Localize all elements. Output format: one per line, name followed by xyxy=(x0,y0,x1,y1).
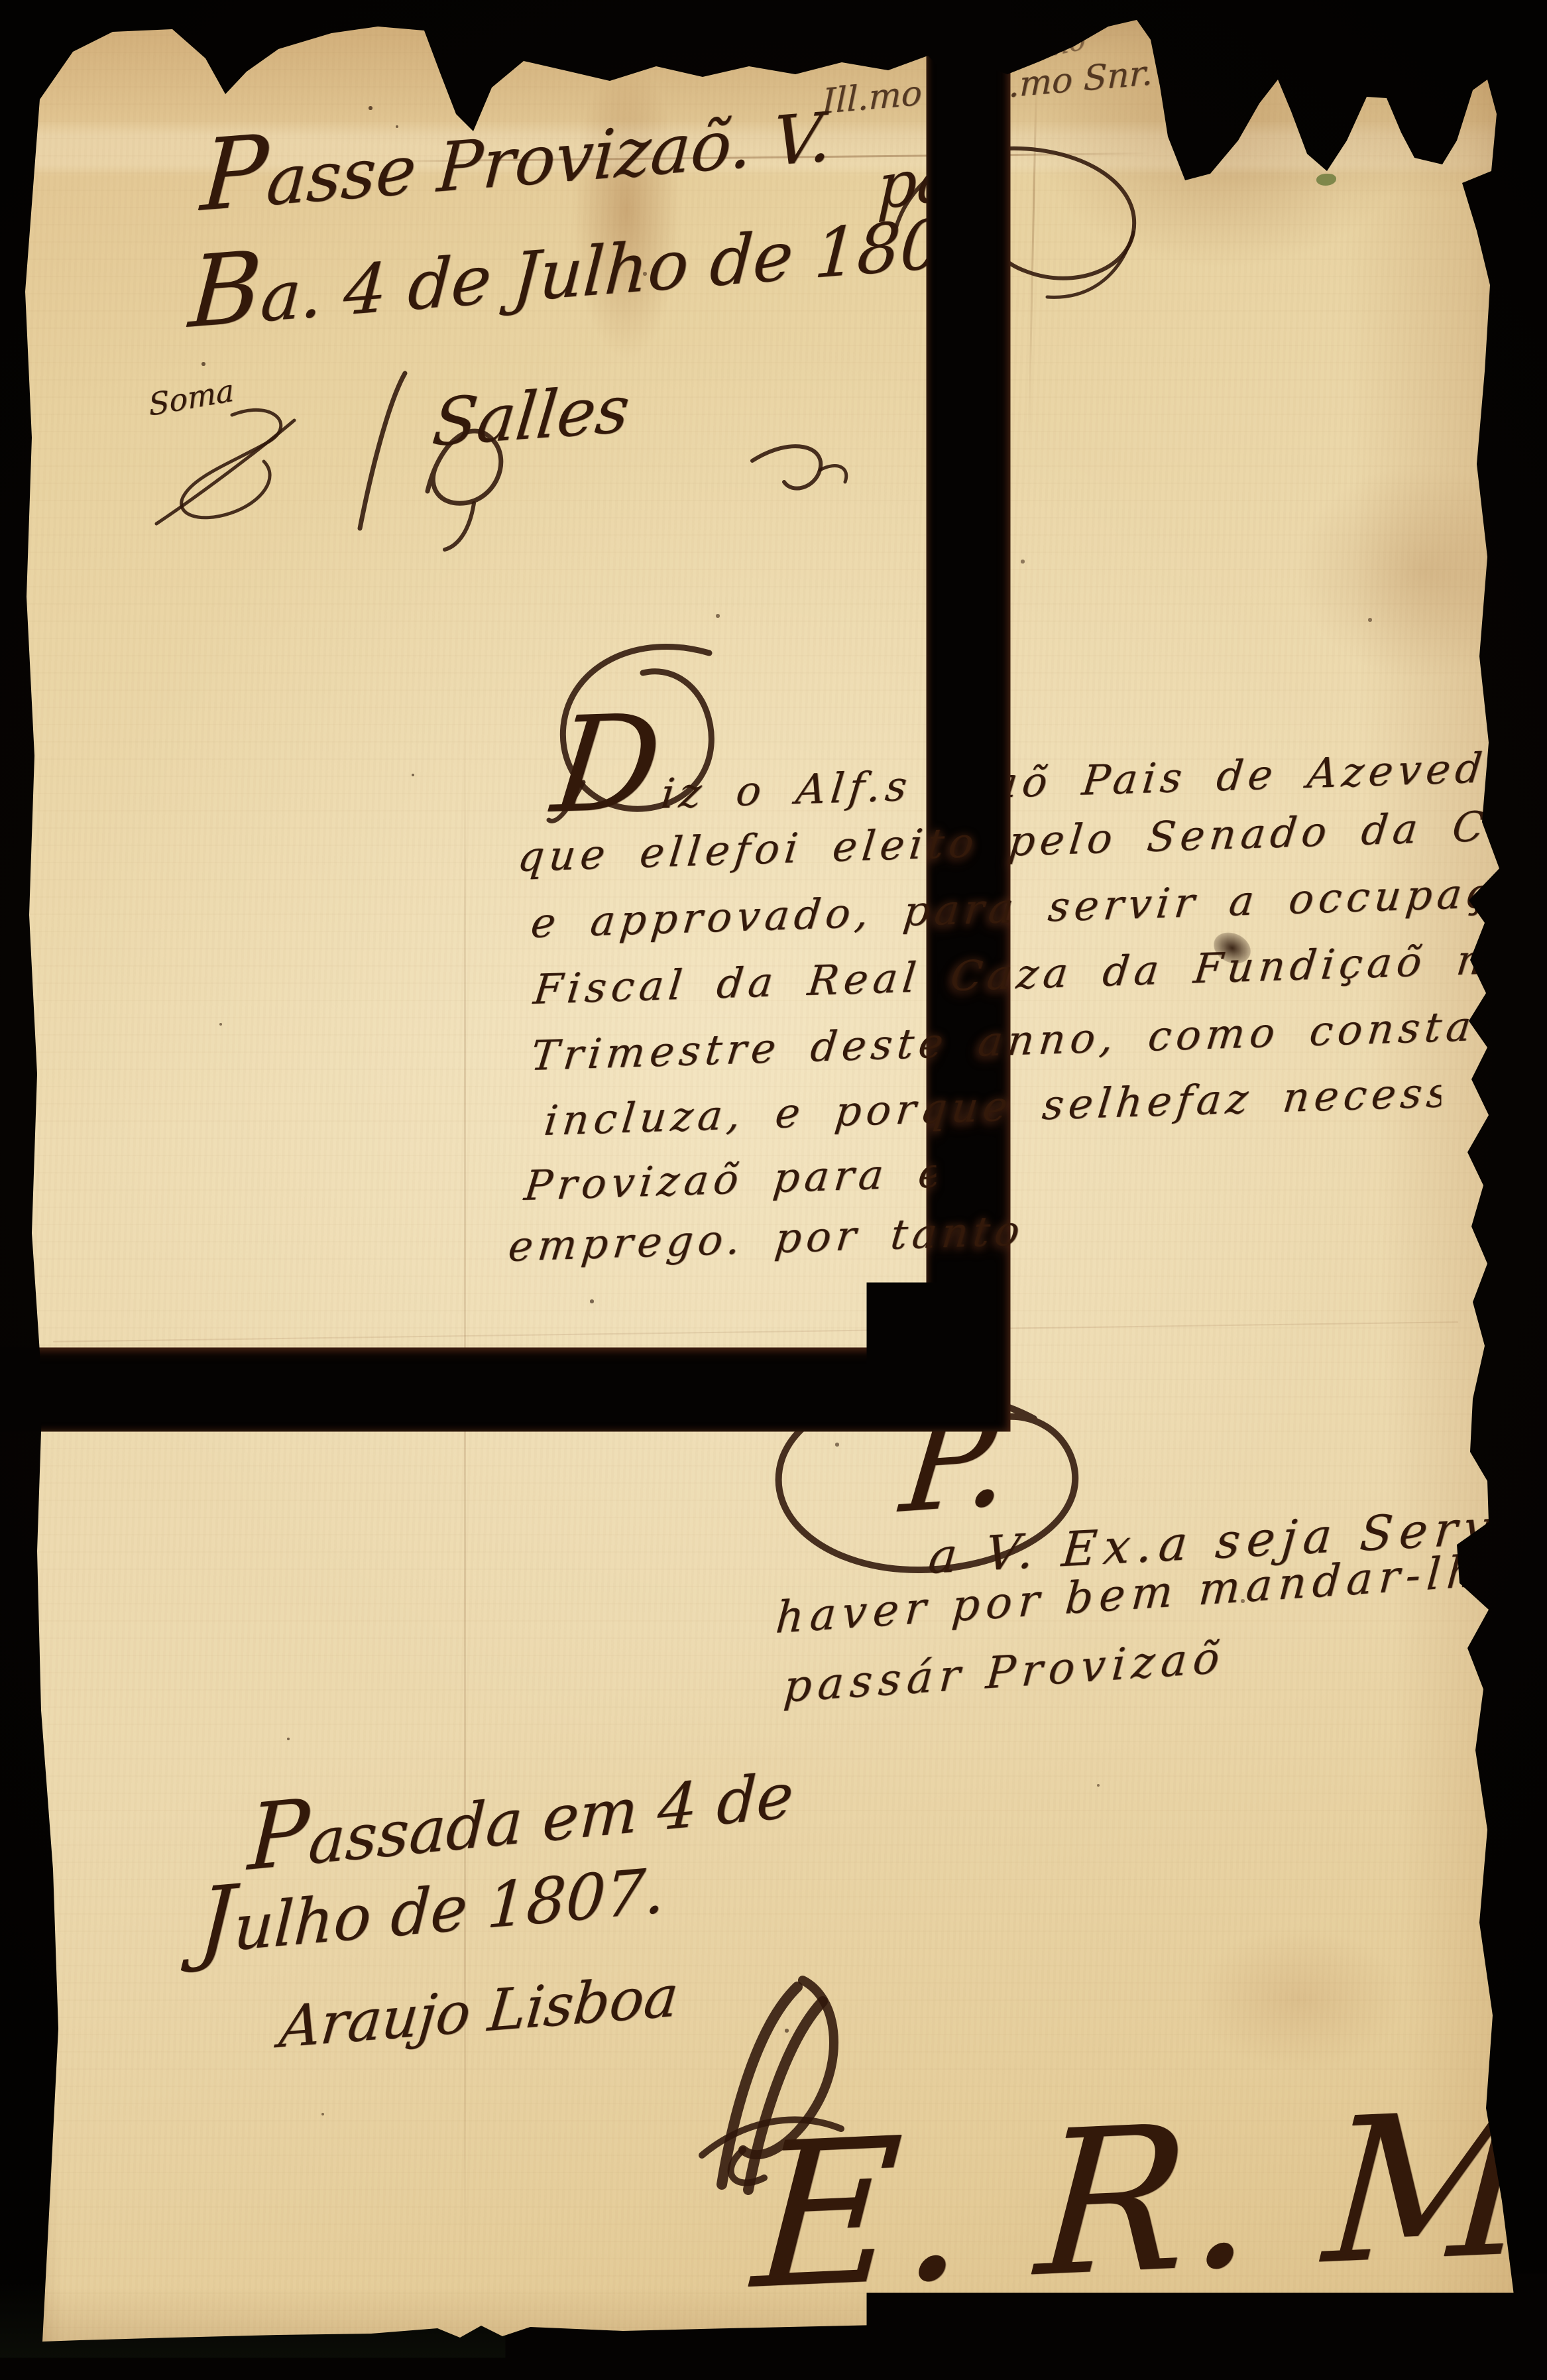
addressee-note: Ill.mo e Ex.mo Snr. xyxy=(822,56,1153,119)
closing-initials: E. R. M. xyxy=(749,2081,1547,2318)
petition-line: e approvado, para servir a occupaçaõ de xyxy=(529,868,1547,944)
petition-line: emprego. por tanto xyxy=(506,1210,1027,1268)
request-initial: P. xyxy=(896,1389,1017,1533)
request-line: passár Provizaõ xyxy=(782,1636,1227,1709)
docket-dispatch-line: Passe Provizaõ. V. xyxy=(199,103,833,221)
grant-note-line: Passada em 4 de xyxy=(247,1765,795,1880)
petition-line: Trimestre deste anno, como consta da Car… xyxy=(529,998,1547,1077)
paper-fold-crease-center-vertical xyxy=(464,703,466,2294)
photo-background: Ill.mo e Ex.mo Snr. mo Passe Provizaõ. V… xyxy=(0,0,1547,2380)
ink-flourish-soma-rubric xyxy=(133,398,331,537)
manuscript-paper: Ill.mo e Ex.mo Snr. mo Passe Provizaõ. V… xyxy=(0,0,1547,2380)
ink-specks xyxy=(0,0,1,1)
official-signature: Araujo Lisboa xyxy=(277,1968,681,2056)
paper-fold-crease-middle xyxy=(53,1321,1458,1342)
ink-flourish-signature-paraph xyxy=(328,361,858,554)
petition-line: incluza, e porque selhefaz necessario a … xyxy=(542,1064,1547,1142)
paper-debris-speck xyxy=(1316,174,1336,186)
petition-line: Provizaõ para em virtude della exercer o xyxy=(522,1130,1547,1207)
faded-script-fragment: mo xyxy=(1042,25,1086,62)
petition-line: Fiscal da Real Caza da Fundiçaõ no 3 xyxy=(532,936,1547,1010)
docket-place-date-line: Ba. 4 de Julho de 1807. xyxy=(187,206,1009,338)
